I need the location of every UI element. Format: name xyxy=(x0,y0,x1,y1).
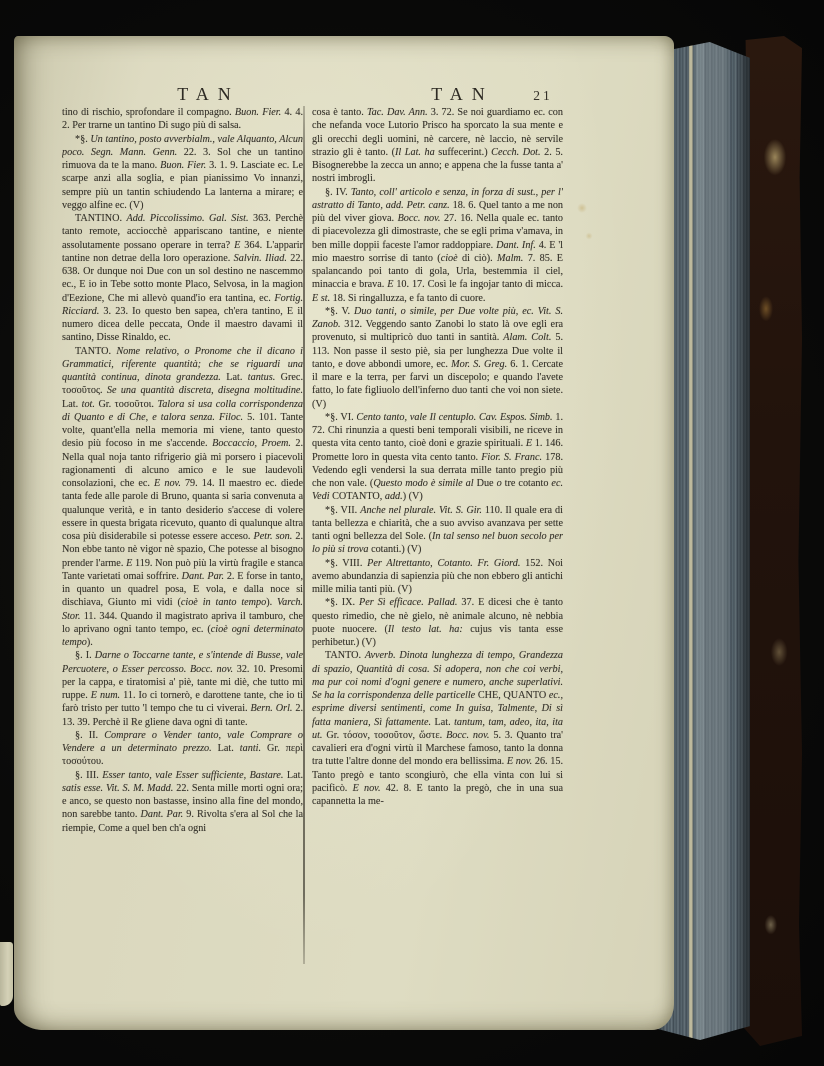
citation-text: Fior. S. Franc. xyxy=(481,452,542,463)
citation-text: Dant. Inf. xyxy=(496,240,536,251)
body-text: *§. V. xyxy=(325,306,354,317)
paragraph: *§. Un tantino, posto avverbialm., vale … xyxy=(62,133,303,213)
citation-text: Anche nel plurale. Vit. S. Gir. xyxy=(360,505,482,516)
body-text: Lat. xyxy=(62,399,82,410)
paragraph: *§. V. Duo tanti, o simile, per Due volt… xyxy=(312,305,563,411)
paragraph: §. II. Comprare o Vender tanto, vale Com… xyxy=(62,729,303,769)
body-text: Lat. xyxy=(212,743,240,754)
citation-text: Esser tanto, vale Esser sufficiente, Bas… xyxy=(102,770,283,781)
citation-text: Per Altrettanto, Cotanto. Fr. Giord. xyxy=(367,558,520,569)
scan-background: TAN TAN 21 tino di rischio, sprofondare … xyxy=(0,0,824,1066)
body-text: Gr. τοσοῦτοι. xyxy=(95,399,158,410)
body-text: §. II. xyxy=(75,730,104,741)
citation-text: Salvin. Iliad. xyxy=(234,253,287,264)
body-text: 18. Si ringalluzza, e fa tanto di cuore. xyxy=(330,293,485,304)
running-header-right: TAN xyxy=(388,84,528,105)
body-text: Gr. τόσον, τοσοῦτον, ὥστε. xyxy=(322,730,446,741)
citation-text: E num. xyxy=(91,690,120,701)
citation-text: cioè xyxy=(441,253,458,264)
body-text: cosa è tanto. xyxy=(312,107,367,118)
citation-text: Buon. Fier. xyxy=(160,160,206,171)
paragraph: *§. VI. Cento tanto, vale Il centuplo. C… xyxy=(312,411,563,504)
body-text: §. IV. xyxy=(325,187,351,198)
book-page: TAN TAN 21 tino di rischio, sprofondare … xyxy=(14,36,674,1030)
body-text: §. III. xyxy=(75,770,102,781)
citation-text: Bocc. nov. xyxy=(398,213,441,224)
running-header-left: TAN xyxy=(134,84,274,105)
citation-text: Buon. Fier. xyxy=(235,107,281,118)
paragraph: §. I. Darne o Toccarne tante, e s'intend… xyxy=(62,649,303,729)
citation-text: E st. xyxy=(312,293,330,304)
body-text: Due xyxy=(474,478,497,489)
paragraph: §. IV. Tanto, coll' articolo e senza, in… xyxy=(312,186,563,305)
body-text: TANTO. xyxy=(75,346,116,357)
body-text: CHE, QUANTO xyxy=(475,690,549,701)
paragraph: TANTO. Nome relativo, o Pronome che il d… xyxy=(62,345,303,650)
paragraph: *§. VIII. Per Altrettanto, Cotanto. Fr. … xyxy=(312,557,563,597)
citation-text: add. xyxy=(385,491,403,502)
citation-text: Se una quantità discreta, disegna moltit… xyxy=(107,385,303,396)
citation-text: Boccaccio, Proem. xyxy=(212,438,291,449)
page-number: 21 xyxy=(520,88,566,104)
body-text: tre cotanto xyxy=(502,478,552,489)
citation-text: Il testo lat. ha: xyxy=(388,624,463,635)
body-text: *§. VIII. xyxy=(325,558,367,569)
body-text: Lat. xyxy=(431,717,454,728)
body-text: ). xyxy=(87,637,93,648)
body-text: §. I. xyxy=(75,650,95,661)
citation-text: E nov. xyxy=(353,783,381,794)
body-text: ) (V) xyxy=(403,491,423,502)
citation-text: Il Lat. ha xyxy=(395,147,435,158)
citation-text: Add. Piccolissimo. Gal. Sist. xyxy=(126,213,248,224)
citation-text: satis esse. xyxy=(62,783,103,794)
citation-text: Alam. Colt. xyxy=(503,332,551,343)
citation-text: tantus. xyxy=(248,372,275,383)
body-text: *§. VI. xyxy=(325,412,356,423)
citation-text: Vit. S. M. Madd. xyxy=(106,783,173,794)
citation-text: Cento tanto, vale Il centuplo. Cav. Espo… xyxy=(356,412,552,423)
book-cover-edge xyxy=(742,36,802,1046)
paragraph: *§. VII. Anche nel plurale. Vit. S. Gir.… xyxy=(312,504,563,557)
citation-text: Tac. Dav. Ann. xyxy=(367,107,428,118)
citation-text: Questo modo è simile al xyxy=(373,478,473,489)
citation-text: tot. xyxy=(82,399,95,410)
body-text: Lat. xyxy=(221,372,248,383)
citation-text: Dant. Par. xyxy=(141,809,184,820)
citation-text: Bern. Orl. xyxy=(250,703,292,714)
body-text: Lat. xyxy=(283,770,303,781)
citation-text: Bocc. nov. xyxy=(446,730,489,741)
citation-text: Malm. xyxy=(497,253,523,264)
body-text: *§. VII. xyxy=(325,505,360,516)
text-column-left: tino di rischio, sprofondare il compagno… xyxy=(62,106,303,972)
citation-text: cioè in tanto tempo xyxy=(181,597,266,608)
paragraph: *§. IX. Per Sì efficace. Pallad. 37. E d… xyxy=(312,596,563,649)
body-text: ). xyxy=(266,597,277,608)
body-text: COTANTO, xyxy=(330,491,385,502)
citation-text: Petr. son. xyxy=(254,531,293,542)
body-text: cotanti.) (V) xyxy=(369,544,422,555)
body-text: suffecerint.) xyxy=(435,147,491,158)
underlying-page-edge xyxy=(0,942,13,1006)
body-text: 10. 17. Così le fa ingojar tanto di micc… xyxy=(393,279,563,290)
paragraph: tino di rischio, sprofondare il compagno… xyxy=(62,106,303,133)
paragraph: TANTINO. Add. Piccolissimo. Gal. Sist. 3… xyxy=(62,212,303,345)
text-column-right: cosa è tanto. Tac. Dav. Ann. 3. 72. Se n… xyxy=(312,106,563,972)
body-text: di ciò). xyxy=(458,253,497,264)
body-text: *§. xyxy=(75,134,90,145)
body-text: *§. IX. xyxy=(325,597,359,608)
body-text: TANTO. xyxy=(325,650,365,661)
citation-text: Dant. Par. xyxy=(182,571,224,582)
citation-text: Cecch. Dot. xyxy=(491,147,540,158)
body-text: 3. 23. Io questo ben sapea, ch'era tanti… xyxy=(62,306,303,344)
body-text: tino di rischio, sprofondare il compagno… xyxy=(62,107,235,118)
citation-text: E nov. xyxy=(154,478,181,489)
citation-text: E nov. xyxy=(507,756,532,767)
citation-text: Per Sì efficace. Pallad. xyxy=(359,597,457,608)
paragraph: cosa è tanto. Tac. Dav. Ann. 3. 72. Se n… xyxy=(312,106,563,186)
column-divider-rule xyxy=(303,106,305,964)
paragraph: TANTO. Avverb. Dinota lunghezza di tempo… xyxy=(312,649,563,808)
paragraph: §. III. Esser tanto, vale Esser sufficie… xyxy=(62,769,303,835)
citation-text: Mor. S. Greg. xyxy=(451,359,507,370)
body-text: TANTINO. xyxy=(75,213,126,224)
citation-text: tanti. xyxy=(240,743,261,754)
